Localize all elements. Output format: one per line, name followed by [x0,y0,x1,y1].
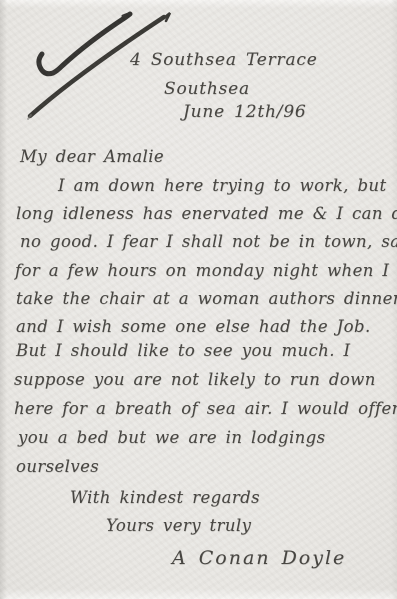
closing-regards: With kindest regards [70,488,260,507]
body-line: no good. I fear I shall not be in town, … [20,232,397,251]
body-line: take the chair at a woman authors dinner… [16,289,397,308]
body-line: here for a breath of sea air. I would of… [14,399,397,418]
salutation: My dear Amalie [20,147,164,166]
closing-valediction: Yours very truly [106,516,251,535]
body-line: ourselves [16,457,99,476]
body-line: you a bed but we are in lodgings [18,428,326,447]
body-line: and I wish some one else had the Job. [16,317,371,336]
address-line-2: Southsea [164,79,250,99]
letter-scan-page: 4 Southsea Terrace Southsea June 12th/96… [0,0,397,599]
body-line: I am down here trying to work, but [58,176,386,195]
body-line: for a few hours on monday night when I [15,261,389,280]
body-line: suppose you are not likely to run down [14,370,376,389]
signature: A Conan Doyle [172,547,346,569]
body-line: But I should like to see you much. I [16,341,350,360]
address-line-1: 4 Southsea Terrace [130,50,318,70]
date-line: June 12th/96 [183,102,307,122]
body-line: long idleness has enervated me & I can d… [16,204,397,223]
